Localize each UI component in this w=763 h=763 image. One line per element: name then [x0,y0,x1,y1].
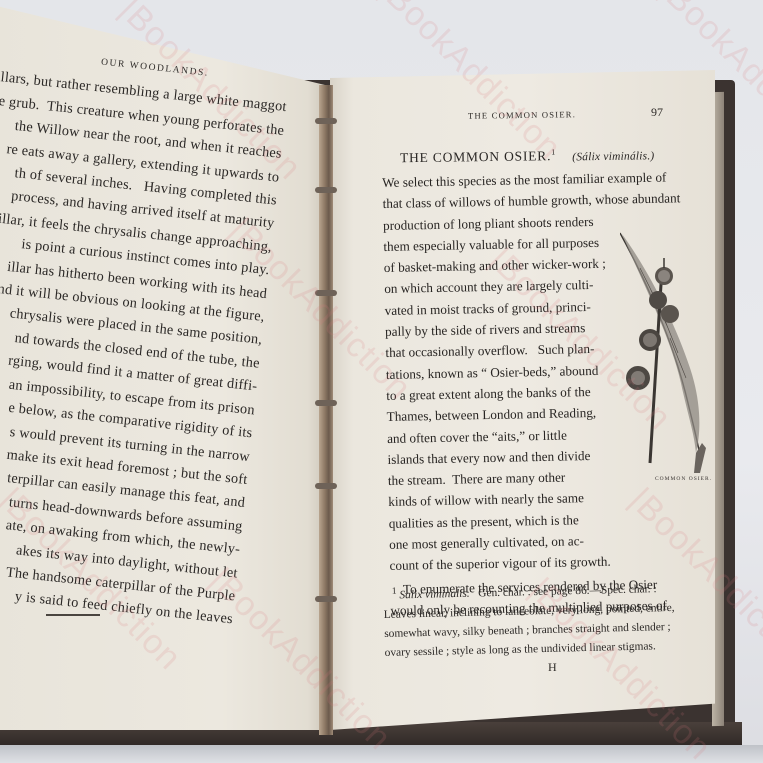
page-number: 97 [651,105,663,120]
book-gutter [319,85,333,735]
footnote: 1 Salix viminalis. Gen. char. : see page… [383,574,763,663]
illustration-caption: COMMON OSIER. [655,476,712,482]
footnote-marker: 1 [551,148,556,157]
footnote-text: Gen. char. : see page 86.—Spec. char. : [478,583,657,599]
binding-stitch [315,596,337,602]
footnote-latin: Salix viminalis. [399,588,470,602]
binding-stitch [315,187,337,193]
signature-mark: H [548,660,557,675]
binding-stitch [315,290,337,296]
chapter-latin-name: (Sálix viminális.) [572,150,654,163]
footnote-rule [46,614,100,616]
binding-stitch [315,483,337,489]
binding-stitch [315,400,337,406]
osier-branch-illustration-icon [620,228,710,478]
footnote-number: 1 [392,587,397,597]
book-photo: OUR WOODLANDS. llars, but rather resembl… [0,0,763,763]
table-surface [0,745,763,763]
chapter-title-text: THE COMMON OSIER. [400,148,551,165]
binding-stitch [315,118,337,124]
right-running-head: THE COMMON OSIER. [468,109,576,121]
